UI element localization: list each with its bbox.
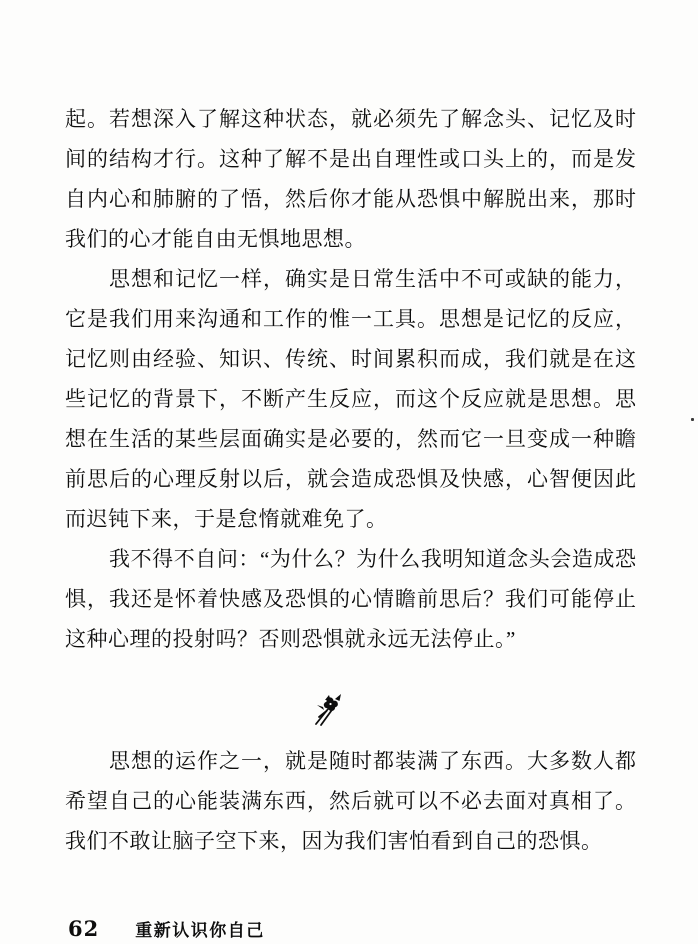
page-footer: 62 重新认识你自己 bbox=[68, 916, 265, 941]
text-line: 自内心和肺腑的了悟，然后你才能从恐惧中解脱出来，那时 bbox=[65, 179, 636, 219]
text-line: 前思后的心理反射以后，就会造成恐惧及快感，心智便因此 bbox=[65, 459, 636, 499]
text-line: 我们不敢让脑子空下来，因为我们害怕看到自己的恐惧。 bbox=[65, 821, 636, 861]
text-line: 而迟钝下来，于是怠惰就难免了。 bbox=[65, 499, 636, 539]
text-line: 想在生活的某些层面确实是必要的，然而它一旦变成一种瞻 bbox=[65, 419, 636, 459]
text-line: 起。若想深入了解这种状态，就必须先了解念头、记忆及时 bbox=[65, 99, 636, 139]
text-line: 惧，我还是怀着快感及恐惧的心情瞻前思后？我们可能停止 bbox=[65, 579, 636, 619]
text-line: 些记忆的背景下，不断产生反应，而这个反应就是思想。思 bbox=[65, 379, 636, 419]
text-line: 间的结构才行。这种了解不是出自理性或口头上的，而是发 bbox=[65, 139, 636, 179]
text-line: 它是我们用来沟通和工作的惟一工具。思想是记忆的反应， bbox=[65, 299, 636, 339]
book-page: 起。若想深入了解这种状态，就必须先了解念头、记忆及时间的结构才行。这种了解不是出… bbox=[0, 0, 698, 944]
page-number: 62 bbox=[68, 916, 99, 941]
text-line: 我不得不自问：“为什么？为什么我明知道念头会造成恐 bbox=[65, 539, 636, 579]
text-line: 这种心理的投射吗？否则恐惧就永远无法停止。” bbox=[65, 619, 636, 659]
text-block-lower: 思想的运作之一，就是随时都装满了东西。大多数人都希望自己的心能装满东西，然后就可… bbox=[65, 741, 636, 861]
text-line: 记忆则由经验、知识、传统、时间累积而成，我们就是在这 bbox=[65, 339, 636, 379]
text-line: 希望自己的心能装满东西，然后就可以不必去面对真相了。 bbox=[65, 781, 636, 821]
text-line: 我们的心才能自由无惧地思想。 bbox=[65, 219, 636, 259]
scan-speck bbox=[691, 418, 694, 421]
running-title: 重新认识你自己 bbox=[135, 916, 265, 941]
text-line: 思想的运作之一，就是随时都装满了东西。大多数人都 bbox=[65, 741, 636, 781]
text-line: 思想和记忆一样，确实是日常生活中不可或缺的能力， bbox=[65, 259, 636, 299]
text-block-upper: 起。若想深入了解这种状态，就必须先了解念头、记忆及时间的结构才行。这种了解不是出… bbox=[65, 99, 636, 659]
floral-dingbat-icon bbox=[313, 691, 345, 729]
